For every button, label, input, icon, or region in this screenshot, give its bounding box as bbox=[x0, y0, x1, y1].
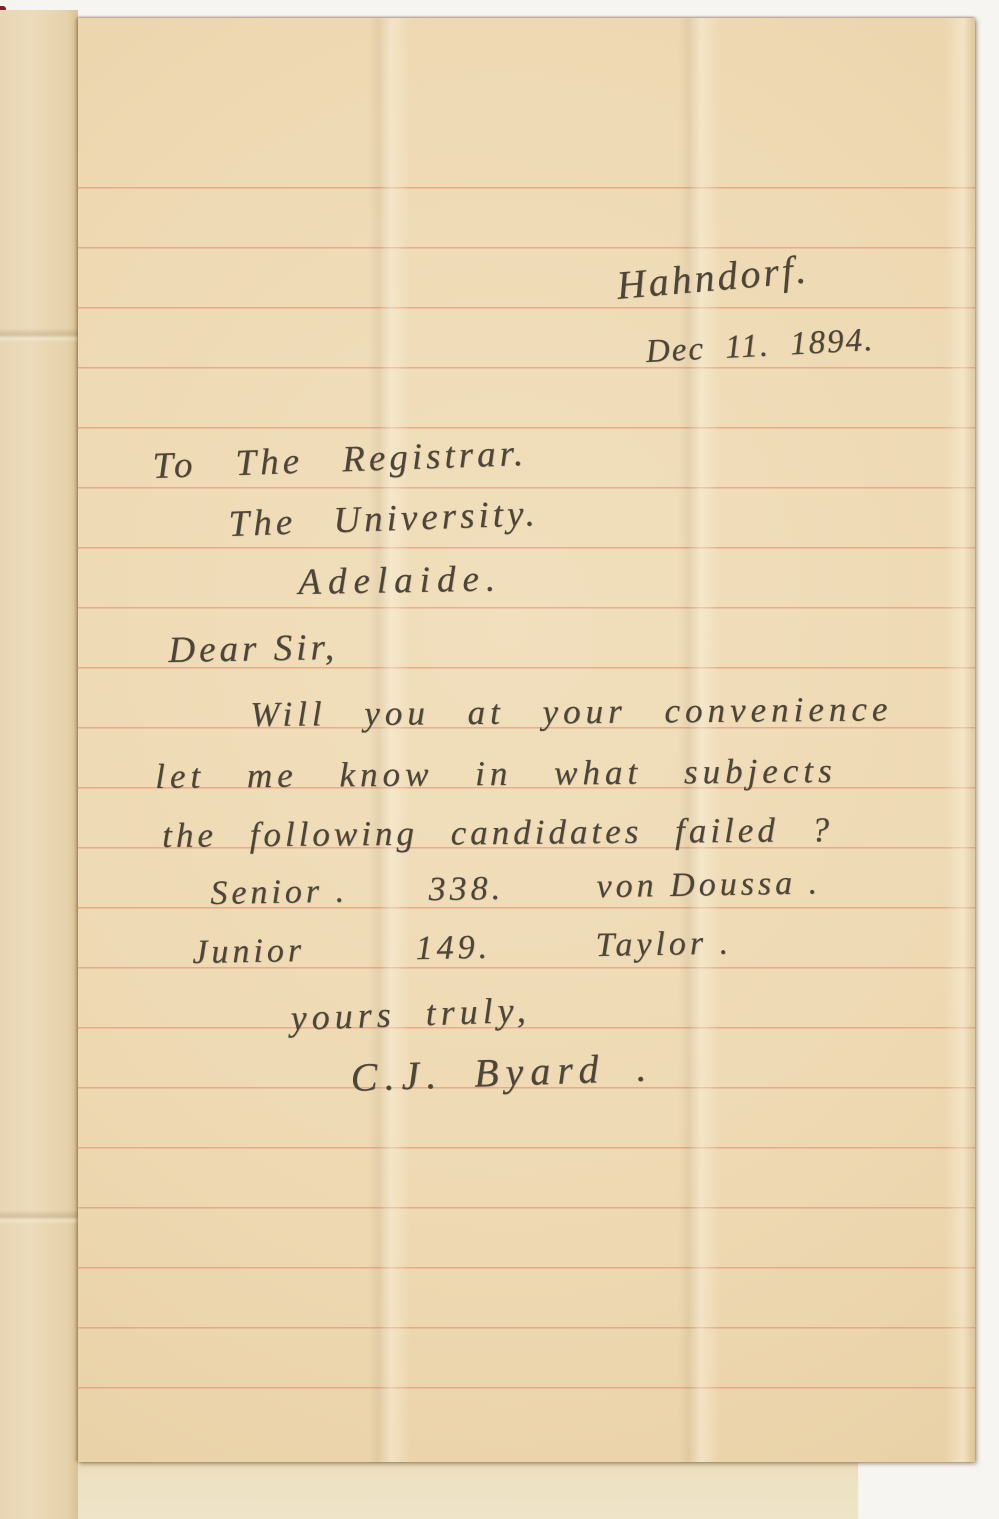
flap-horizontal-crease bbox=[0, 1210, 78, 1224]
candidate-level: Senior . bbox=[210, 875, 348, 911]
signature: C.J. Byard . bbox=[350, 1047, 654, 1098]
candidate-level: Junior bbox=[192, 934, 305, 970]
candidate-number: 149. bbox=[415, 931, 491, 966]
salutation: Dear Sir, bbox=[168, 629, 338, 669]
candidate-name: von Doussa . bbox=[596, 866, 821, 904]
closing: yours truly, bbox=[290, 992, 531, 1036]
body-line-1: Will you at your convenience bbox=[250, 691, 893, 732]
recipient-line-3: Adelaide. bbox=[298, 560, 502, 601]
letter-page bbox=[78, 18, 975, 1462]
candidate-name: Taylor . bbox=[595, 927, 732, 963]
folded-left-flap bbox=[0, 10, 78, 1519]
vertical-fold-crease bbox=[678, 18, 720, 1462]
body-line-3: the following candidates failed ? bbox=[162, 812, 833, 853]
flap-horizontal-crease bbox=[0, 328, 78, 342]
candidate-number: 338. bbox=[428, 872, 504, 907]
body-line-2: let me know in what subjects bbox=[155, 753, 837, 794]
vertical-fold-crease bbox=[368, 18, 410, 1462]
scanned-letter: Hahndorf. Dec 11. 1894. To The Registrar… bbox=[0, 0, 999, 1519]
right-edge-highlight bbox=[945, 18, 975, 1462]
